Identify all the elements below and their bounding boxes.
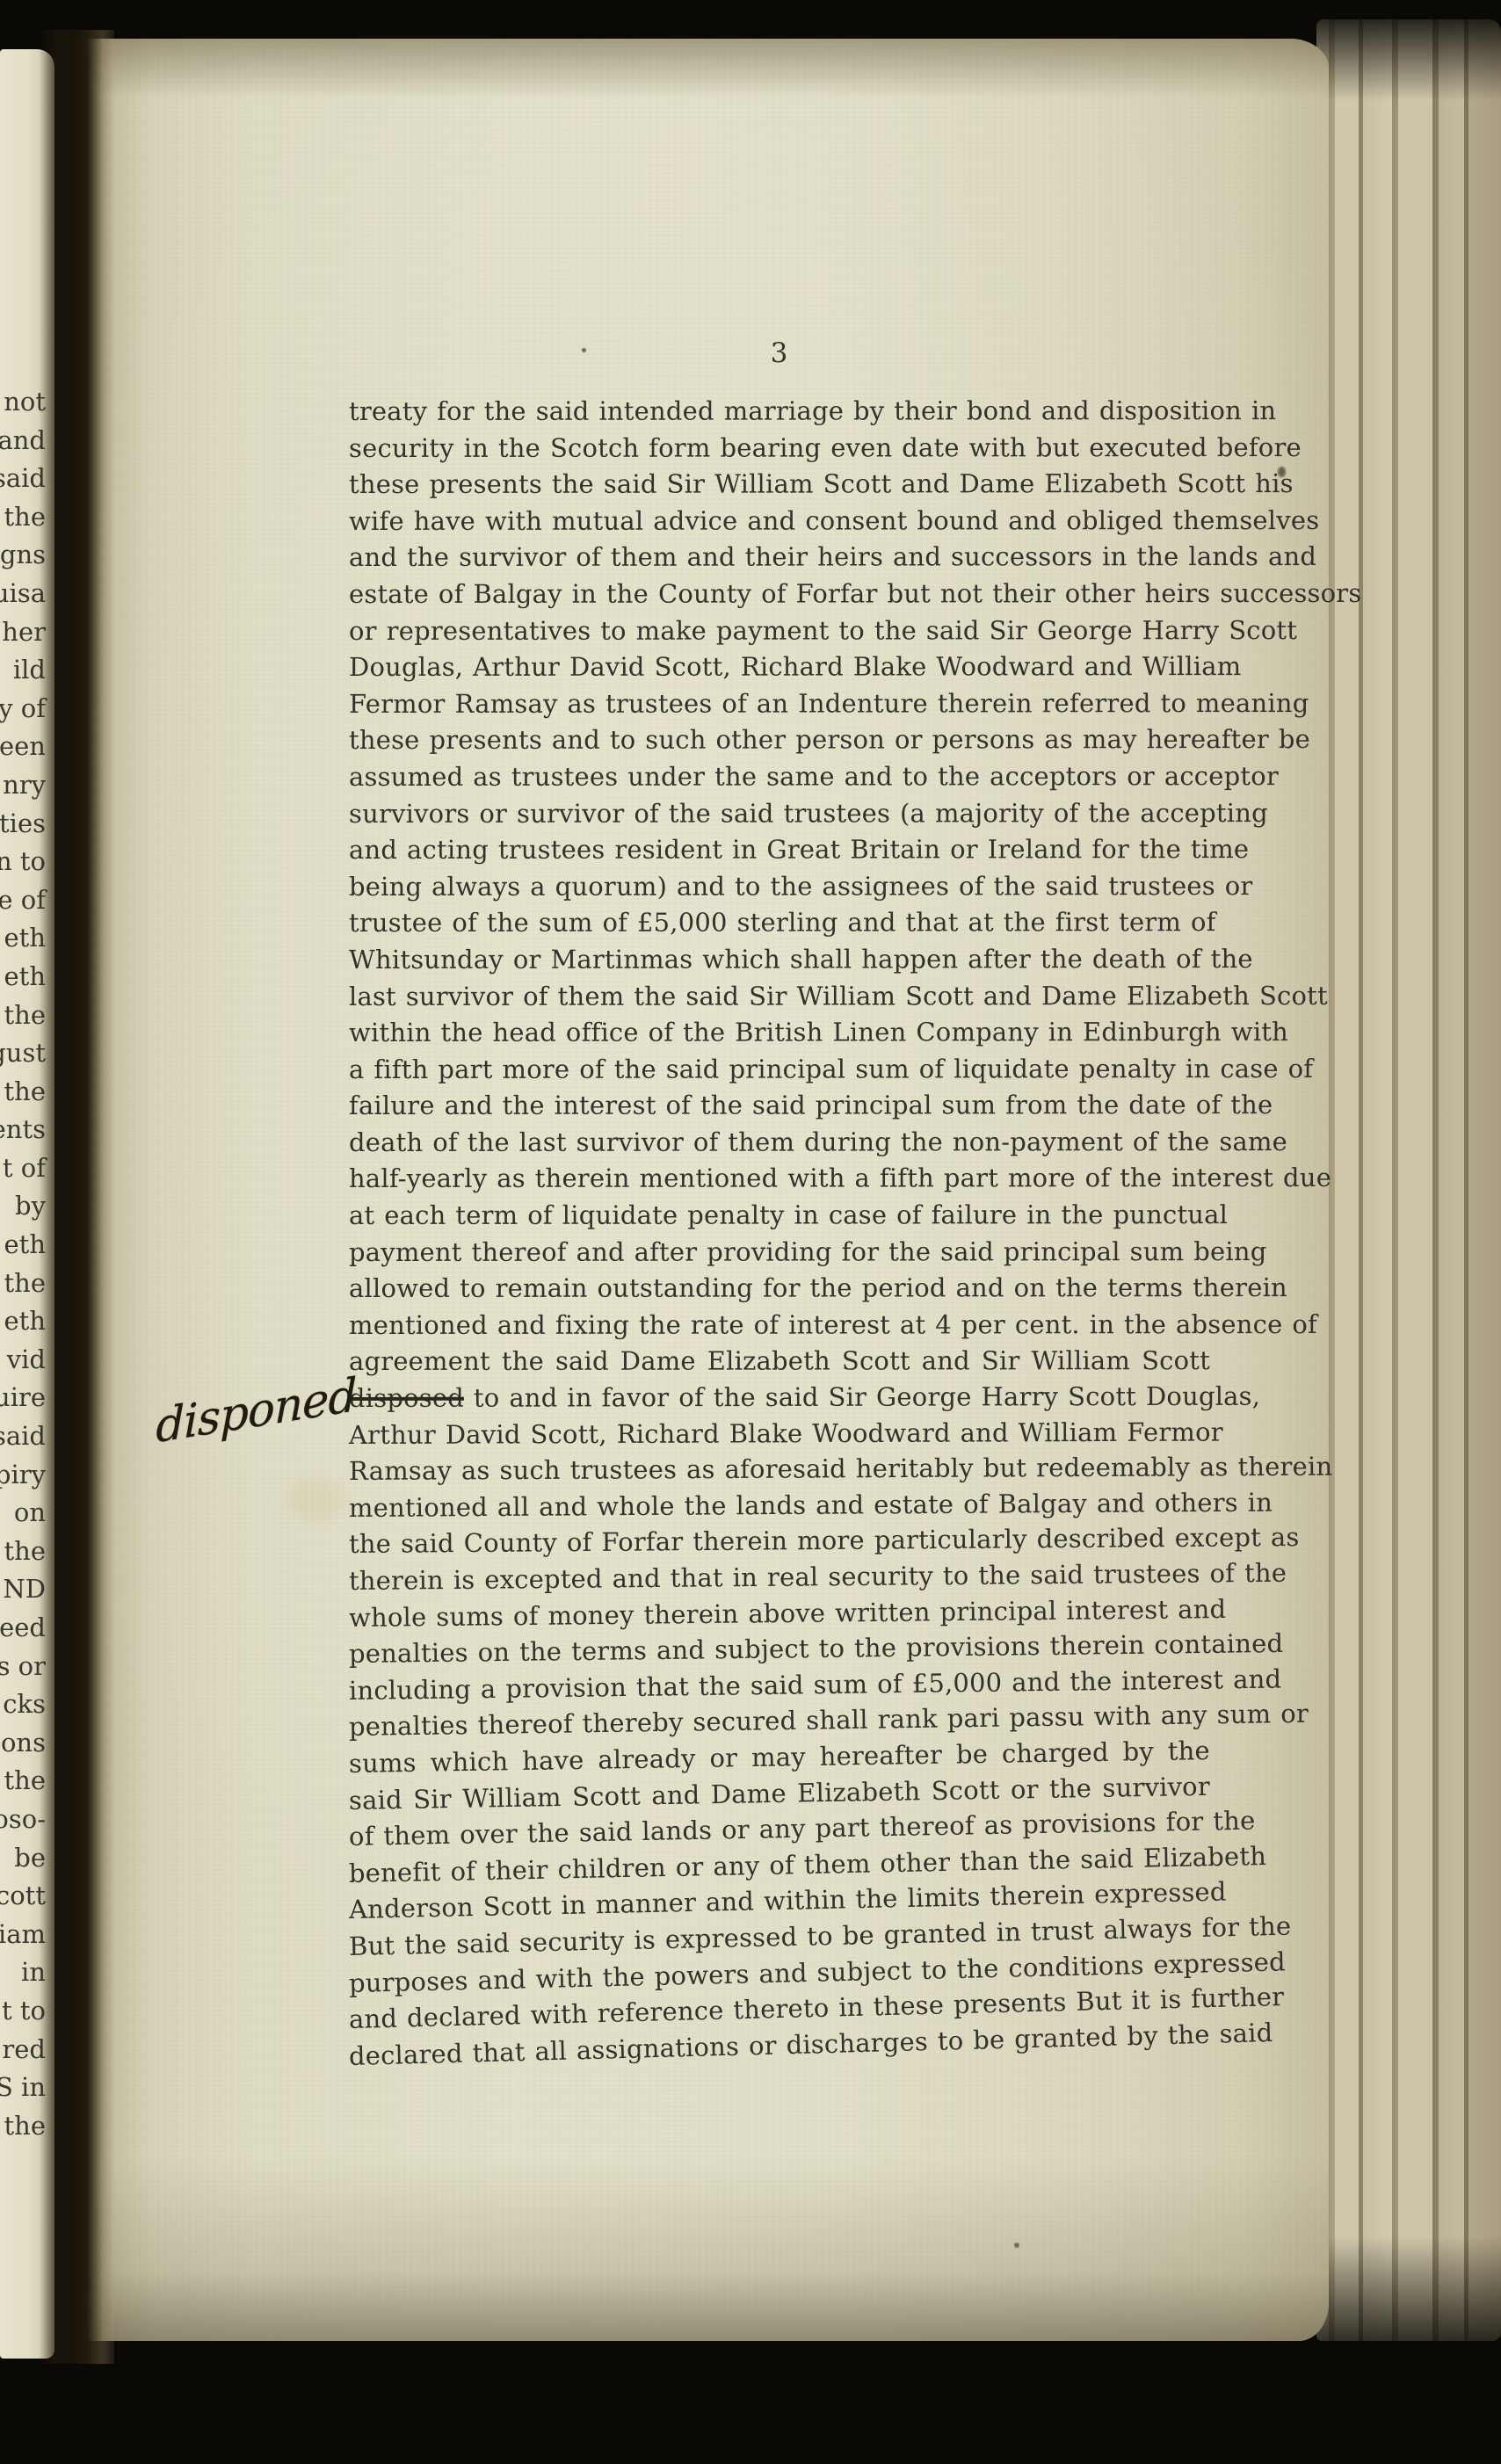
text-line: treaty for the said intended marriage by… bbox=[349, 393, 1210, 430]
cut-off-text-fragment: the bbox=[0, 2107, 49, 2146]
text-line: allowed to remain outstanding for the pe… bbox=[349, 1270, 1210, 1307]
text-line: survivors or survivor of the said truste… bbox=[349, 795, 1210, 832]
cut-off-text-fragment: eth bbox=[0, 1226, 49, 1265]
cut-off-text-fragment: vid bbox=[0, 1341, 49, 1380]
cut-off-text-fragment: the bbox=[0, 996, 49, 1035]
text-line: half-yearly as therein mentioned with a … bbox=[349, 1161, 1210, 1198]
cut-off-text-fragment: cks bbox=[0, 1685, 49, 1724]
cut-off-text-fragment: n to bbox=[0, 843, 49, 881]
text-line: these presents the said Sir William Scot… bbox=[349, 466, 1210, 503]
text-line: and acting trustees resident in Great Br… bbox=[349, 831, 1210, 868]
cut-off-text-fragment: her bbox=[0, 613, 49, 652]
cut-off-text-fragment: nry bbox=[0, 766, 49, 805]
cut-off-text-fragment: the bbox=[0, 1533, 49, 1571]
cut-off-text-fragment: gns bbox=[0, 536, 49, 575]
cut-off-text-fragment: s or bbox=[0, 1648, 49, 1686]
previous-page-text-fragments: notandsaidthegnsuisaherildy ofeennryties… bbox=[0, 383, 49, 2145]
cut-off-text-fragment: said bbox=[0, 1417, 49, 1456]
text-line: estate of Balgay in the County of Forfar… bbox=[349, 576, 1210, 612]
text-line: security in the Scotch form bearing even… bbox=[349, 430, 1210, 467]
text-line: and the survivor of them and their heirs… bbox=[349, 540, 1210, 576]
text-line: Whitsunday or Martinmas which shall happ… bbox=[349, 941, 1210, 978]
cut-off-text-fragment: ND bbox=[0, 1570, 49, 1609]
text-line: these presents and to such other person … bbox=[349, 721, 1210, 758]
text-line: mentioned and fixing the rate of interes… bbox=[349, 1307, 1210, 1344]
cut-off-text-fragment: red bbox=[0, 2031, 49, 2069]
cut-off-text-fragment: cott bbox=[0, 1877, 49, 1916]
cut-off-text-fragment: by bbox=[0, 1187, 49, 1226]
cut-off-text-fragment: t to bbox=[0, 1992, 49, 2031]
cut-off-text-fragment: piry bbox=[0, 1456, 49, 1495]
cut-off-text-fragment: on bbox=[0, 1494, 49, 1533]
cut-off-text-fragment: ties bbox=[0, 805, 49, 844]
cut-off-text-fragment: e of bbox=[0, 881, 49, 920]
text-line: at each term of liquidate penalty in cas… bbox=[349, 1197, 1210, 1234]
cut-off-text-fragment: the bbox=[0, 1762, 49, 1801]
cut-off-text-fragment: eth bbox=[0, 958, 49, 996]
book-photo: notandsaidthegnsuisaherildy ofeennryties… bbox=[0, 0, 1501, 2464]
cut-off-text-fragment: the bbox=[0, 498, 49, 537]
text-line: Ramsay as such trustees as aforesaid her… bbox=[349, 1450, 1210, 1490]
struck-out-word: disposed bbox=[349, 1383, 464, 1413]
cut-off-text-fragment: gust bbox=[0, 1034, 49, 1073]
cut-off-text-fragment: iam bbox=[0, 1916, 49, 1954]
text-line: death of the last survivor of them durin… bbox=[349, 1124, 1210, 1161]
cut-off-text-fragment: eth bbox=[0, 919, 49, 958]
cut-off-text-fragment: uisa bbox=[0, 575, 49, 613]
cut-off-text-fragment: not bbox=[0, 383, 49, 422]
text-line: assumed as trustees under the same and t… bbox=[349, 758, 1210, 795]
cut-off-text-fragment: the bbox=[0, 1073, 49, 1112]
text-line: a fifth part more of the said principal … bbox=[349, 1051, 1210, 1088]
cut-off-text-fragment: and bbox=[0, 422, 49, 460]
text-line: Arthur David Scott, Richard Blake Woodwa… bbox=[349, 1414, 1210, 1453]
cut-off-text-fragment: eth bbox=[0, 1302, 49, 1341]
text-line: being always a quorum) and to the assign… bbox=[349, 868, 1210, 905]
text-line: or representatives to make payment to th… bbox=[349, 612, 1210, 649]
cut-off-text-fragment: said bbox=[0, 460, 49, 498]
cut-off-text-fragment: een bbox=[0, 728, 49, 766]
text-line: payment thereof and after providing for … bbox=[349, 1234, 1210, 1271]
text-line: within the head office of the British Li… bbox=[349, 1014, 1210, 1051]
cut-off-text-fragment: uire bbox=[0, 1379, 49, 1417]
text-line: wife have with mutual advice and consent… bbox=[349, 503, 1210, 540]
text-line: Douglas, Arthur David Scott, Richard Bla… bbox=[349, 649, 1210, 685]
cut-off-text-fragment: ons bbox=[0, 1724, 49, 1763]
cut-off-text-fragment: y of bbox=[0, 690, 49, 728]
cut-off-text-fragment: oso- bbox=[0, 1801, 49, 1839]
text-line: trustee of the sum of £5,000 sterling an… bbox=[349, 904, 1210, 941]
cut-off-text-fragment: the bbox=[0, 1265, 49, 1303]
paper-stain bbox=[285, 1480, 346, 1520]
text-line: agreement the said Dame Elizabeth Scott … bbox=[349, 1344, 1210, 1381]
page-stack-edges bbox=[1316, 19, 1501, 2341]
text-line: Fermor Ramsay as trustees of an Indentur… bbox=[349, 685, 1210, 722]
text-line: disposed to and in favor of the said Sir… bbox=[349, 1379, 1210, 1417]
text-line: failure and the interest of the said pri… bbox=[349, 1087, 1210, 1124]
cut-off-text-fragment: be bbox=[0, 1839, 49, 1878]
cut-off-text-fragment: ents bbox=[0, 1111, 49, 1149]
cut-off-text-fragment: t of bbox=[0, 1149, 49, 1188]
cut-off-text-fragment: S in bbox=[0, 2069, 49, 2107]
text-line: last survivor of them the said Sir Willi… bbox=[349, 978, 1210, 1015]
cut-off-text-fragment: eed bbox=[0, 1609, 49, 1648]
ink-speck bbox=[1014, 2243, 1019, 2248]
cut-off-text-fragment: ild bbox=[0, 651, 49, 690]
cut-off-text-fragment: in bbox=[0, 1953, 49, 1992]
document-page: 3 treaty for the said intended marriage … bbox=[77, 39, 1329, 2341]
page-number: 3 bbox=[349, 337, 1210, 369]
document-text: treaty for the said intended marriage by… bbox=[349, 394, 1210, 2075]
